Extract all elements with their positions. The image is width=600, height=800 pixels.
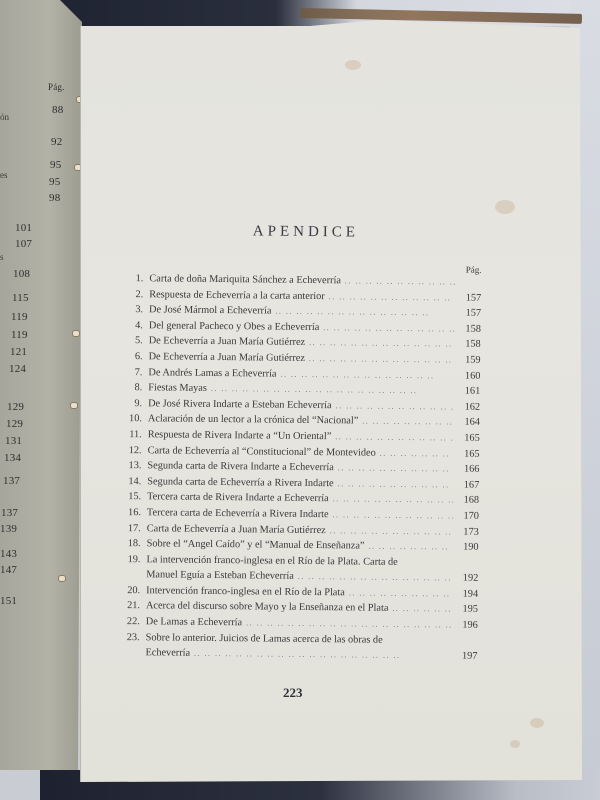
entry-number: 4. [121,318,149,334]
entry-number: 15. [119,489,147,505]
entry-number: 17. [119,520,147,536]
leader-dots: .. .. .. .. .. .. .. .. .. .. .. .. .. .… [305,351,455,368]
leader-dots: .. .. .. .. .. .. .. .. .. .. .. .. .. .… [325,289,456,306]
entry-title: De José Rivera Indarte a Esteban Echever… [148,396,332,414]
page-title: APENDICE [122,222,482,243]
leader-dots: .. .. .. .. .. .. .. .. .. .. .. .. .. .… [341,273,456,290]
leader-dots: .. .. .. .. .. .. .. .. .. .. .. .. .. .… [334,460,454,477]
entry-number: 1. [121,271,149,287]
entry-number: 9. [120,396,148,412]
left-page-number: 129 [7,401,24,413]
entry-number: 2. [121,287,149,303]
entry-title: Tercera carta de Rivera Indarte a Echeve… [147,490,329,507]
left-page-number: 151 [0,595,17,607]
leader-dots: .. .. .. .. .. .. .. .. .. .. .. .. .. .… [332,398,455,415]
left-page-fragment: ón [0,112,9,122]
leader-dots: .. .. .. .. .. .. .. .. .. .. .. .. .. .… [276,366,454,383]
entry-page: 166 [453,462,479,478]
entry-number: 21. [118,598,146,614]
entry-page: 165 [454,430,480,446]
entry-number: 13. [119,458,147,474]
entry-title-line2: Echeverría [145,646,190,662]
left-page-number: 137 [3,475,20,487]
entry-page: 190 [453,540,479,556]
entry-title: De Echeverría a Juan María Gutiérrez [149,349,306,366]
entry-page: 160 [454,368,480,384]
leader-dots: .. .. .. .. .. .. .. .. .. .. .. .. .. .… [331,429,454,446]
entry-number: 20. [118,583,146,599]
leader-dots: .. .. .. .. .. .. .. .. .. .. .. .. .. .… [319,320,455,337]
foxing-stain [510,740,520,748]
left-page-number: 119 [11,329,28,341]
left-page-header: Pág. [48,82,65,92]
left-page-number: 134 [4,452,21,464]
binding-stitch [70,402,78,409]
leader-dots: .. .. .. .. .. .. .. .. .. .. .. .. .. .… [364,539,452,556]
entry-title-line2: Manuel Eguía a Esteban Echeverría [146,568,294,585]
leader-dots: .. .. .. .. .. .. .. .. .. .. .. .. .. .… [329,507,454,524]
entry-title: Respuesta de Rivera Indarte a “Un Orient… [148,427,332,445]
entry-number: 10. [120,411,148,427]
left-page-number: 95 [49,176,60,188]
left-page-number: 121 [10,346,27,358]
entry-page: 192 [452,571,478,587]
leader-dots: .. .. .. .. .. .. .. .. .. .. .. .. .. .… [294,569,453,586]
left-page-number: 92 [51,136,62,148]
left-facing-page: Pág. ón es s 88 92 95 95 98 101 107 108 … [0,0,82,770]
entry-page: 157 [455,306,481,322]
entry-number: 22. [118,614,146,630]
foxing-stain [345,60,361,70]
left-page-number: 88 [52,104,63,116]
entry-page: 170 [453,508,479,524]
entry-number: 7. [120,365,148,381]
entry-number: 18. [119,536,147,552]
entry-title: Fiestas Mayas [148,380,207,396]
entry-page: 167 [453,477,479,493]
entry-page: 195 [452,602,478,618]
entry-title: De Andrés Lamas a Echeverría [148,365,276,382]
left-page-number: 131 [5,435,22,447]
entry-number: 14. [119,474,147,490]
entry-title: Del general Pacheco y Obes a Echeverría [149,318,320,335]
entry-number: 8. [120,380,148,396]
appendix-contents: APENDICE Pág. 1. Carta de doña Mariquita… [117,222,482,665]
entry-number: 12. [120,443,148,459]
left-page-number: 124 [9,363,26,375]
entry-page: 158 [455,321,481,337]
left-page-number: 107 [15,238,32,250]
leader-dots: .. .. .. .. .. .. .. .. .. .. .. .. .. .… [329,491,454,508]
binding-stitch [72,330,80,337]
entry-number: 23. [118,630,146,646]
left-page-number: 137 [1,507,18,519]
left-page-number: 115 [12,292,29,304]
leader-dots: .. .. .. .. .. .. .. .. .. .. .. .. .. .… [190,646,452,664]
binding-stitch [58,575,66,582]
entry-page: 157 [455,290,481,306]
left-page-number: 139 [0,523,17,535]
toc-entry: 23. Sobre lo anterior. Juicios de Lamas … [117,630,477,665]
foxing-stain [530,718,544,728]
entry-page: 162 [454,399,480,415]
entry-number: 3. [121,302,149,318]
left-page-number: 147 [0,564,17,576]
entry-page: 194 [452,586,478,602]
left-page-number: 129 [6,418,23,430]
entry-page: 173 [453,524,479,540]
entry-title: Tercera carta de Echeverría a Rivera Ind… [147,505,329,522]
toc-entry: 19. La intervención franco-inglesa en el… [118,552,478,587]
left-page-number: 98 [49,192,60,204]
entry-title: De Lamas a Echeverría [146,614,243,631]
left-page-fragment: es [0,170,8,180]
entry-page: 161 [454,384,480,400]
entry-number: 19. [118,552,146,568]
left-page-number: 95 [50,159,61,171]
entry-page: 168 [453,493,479,509]
entry-number: 11. [120,427,148,443]
leader-dots: .. .. .. .. .. .. .. .. .. .. .. .. .. .… [376,445,454,461]
left-page-number: 108 [13,268,30,280]
entry-page: 197 [451,649,477,665]
entry-page: 158 [455,337,481,353]
entry-page: 159 [454,352,480,368]
entry-title: Respuesta de Echeverría a la carta anter… [149,287,325,304]
entry-number: 5. [121,333,149,349]
leader-dots: .. .. .. .. .. .. .. .. .. .. .. .. .. .… [326,523,453,540]
foxing-stain [495,200,515,214]
left-page-number: 119 [11,311,28,323]
entry-page: 164 [454,415,480,431]
page-number: 223 [283,685,303,701]
leader-dots: .. .. .. .. .. .. .. .. .. .. .. .. .. .… [345,585,452,602]
entry-title: De Echeverría a Juan María Gutiérrez [149,334,306,351]
entry-number: 6. [121,349,149,365]
leader-dots: .. .. .. .. .. .. .. .. .. .. .. .. .. .… [388,601,452,617]
left-page-number: 101 [15,222,32,234]
leader-dots: .. .. .. .. .. .. .. .. .. .. .. .. .. .… [334,476,454,493]
entry-title: Carta de Echeverría a Juan María Gutiérr… [147,521,326,538]
leader-dots: .. .. .. .. .. .. .. .. .. .. .. .. .. .… [358,414,454,431]
left-page-number: 143 [0,548,17,560]
entry-number: 16. [119,505,147,521]
entry-page: 196 [452,618,478,634]
leader-dots: .. .. .. .. .. .. .. .. .. .. .. .. .. .… [305,335,455,352]
entry-title: De José Mármol a Echeverría [149,302,272,319]
entry-page: 165 [454,446,480,462]
left-page-fragment: s [0,252,4,262]
